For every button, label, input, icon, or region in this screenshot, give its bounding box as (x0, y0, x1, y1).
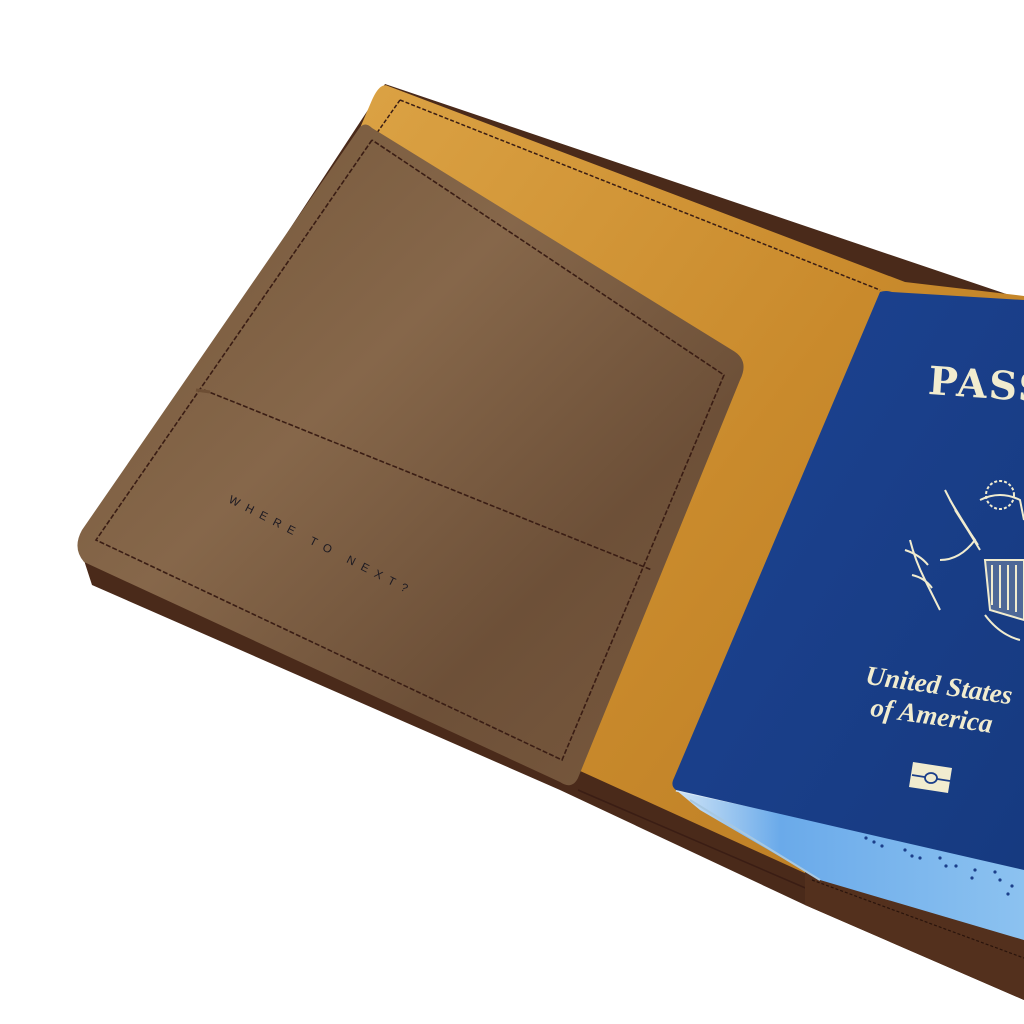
scene-illustration (0, 0, 1024, 1024)
